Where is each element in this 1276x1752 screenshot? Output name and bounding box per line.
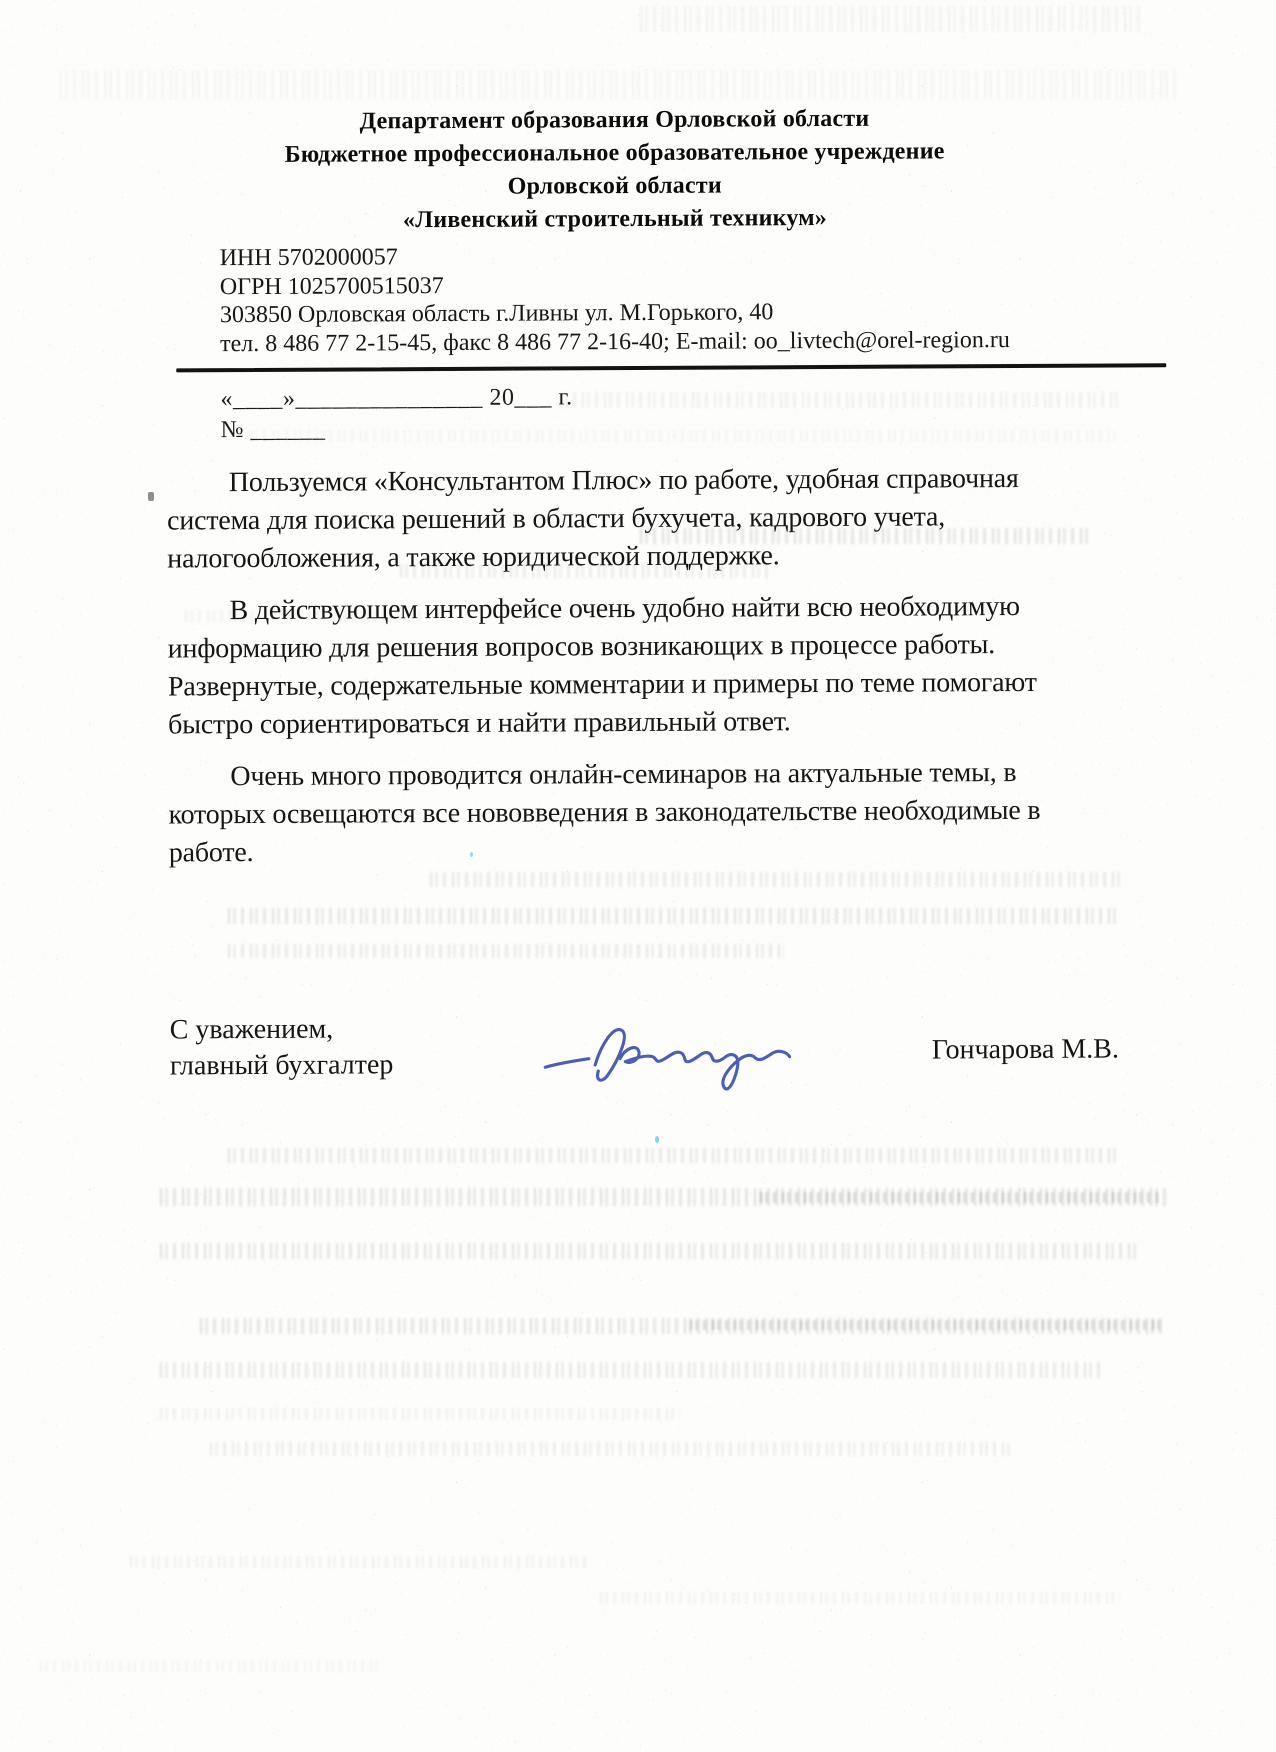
signature-closing: С уважением, bbox=[170, 1014, 334, 1047]
letter-content: Департамент образования Орловской област… bbox=[0, 0, 1276, 1752]
body-paragraph-3: Очень много проводится онлайн-семинаров … bbox=[168, 754, 1114, 873]
signer-title: главный бухгалтер bbox=[170, 1049, 394, 1082]
number-blank-line: № ______ bbox=[220, 413, 572, 446]
handwritten-signature bbox=[537, 1011, 797, 1107]
letterhead-inn: ИНН 5702000057 bbox=[220, 240, 1010, 273]
letterhead-divider-rule bbox=[176, 363, 1166, 372]
letterhead-requisites: ИНН 5702000057 ОГРН 1025700515037 303850… bbox=[220, 240, 1010, 358]
letterhead-address: 303850 Орловская область г.Ливны ул. М.Г… bbox=[220, 297, 1010, 330]
body-paragraph-1: Пользуемся «Консультантом Плюс» по работ… bbox=[167, 460, 1113, 579]
letter-body: Пользуемся «Консультантом Плюс» по работ… bbox=[167, 460, 1114, 887]
letterhead: Департамент образования Орловской област… bbox=[0, 101, 1233, 239]
scanned-letter-page: Департамент образования Орловской област… bbox=[0, 0, 1276, 1752]
signature-ink bbox=[545, 1029, 790, 1090]
body-paragraph-2: В действующем интерфейсе очень удобно на… bbox=[167, 588, 1113, 745]
letterhead-contacts: тел. 8 486 77 2-15-45, факс 8 486 77 2-1… bbox=[220, 326, 1010, 359]
reference-block: «____»_______________ 20___ г. № ______ bbox=[220, 382, 572, 446]
letterhead-org-line-4: «Ливенский строительный техникум» bbox=[0, 200, 1233, 239]
signer-name: Гончарова М.В. bbox=[932, 1033, 1119, 1066]
letterhead-ogrn: ОГРН 1025700515037 bbox=[220, 269, 1010, 302]
date-blank-line: «____»_______________ 20___ г. bbox=[220, 382, 572, 415]
